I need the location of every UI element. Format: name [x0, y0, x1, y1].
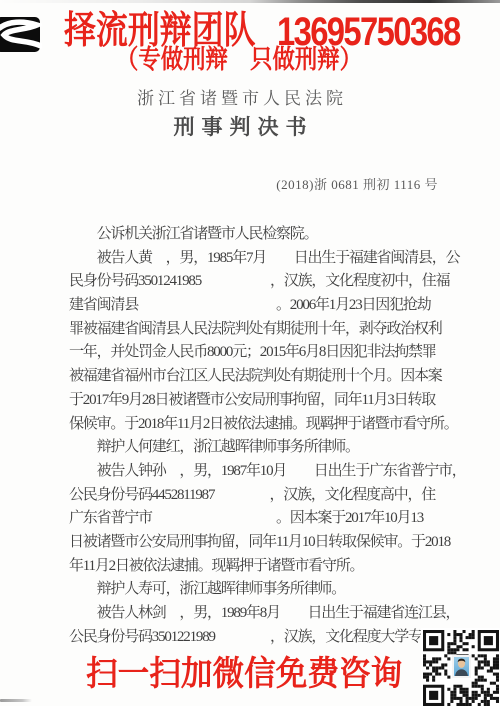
scanned-judgment-page: 择流刑辩团队 13695750368 （专做刑辩 只做刑辩） 浙江省诸暨市人民法… [0, 0, 500, 706]
judgment-line: 被告人黄 ，男，1985年7月 日出生于福建省闽清县，公 [69, 247, 449, 271]
judgment-line: 建省闽清县 。2006年1月23日因犯抢劫 [69, 294, 449, 318]
judgment-line: 罪被福建省闽清县人民法院判处有期徒刑十年，剥夺政治权利 [69, 318, 449, 342]
case-number: (2018)浙 0681 刑初 1116 号 [276, 174, 438, 193]
judgment-line: 广东省普宁市 。因本案于2017年10月13 [69, 507, 449, 531]
judgment-line: 辩护人何建红，浙江越晖律师事务所律师。 [69, 436, 449, 460]
team-tagline: （专做刑辩 只做刑辩） [116, 45, 362, 75]
judgment-line: 被福建省福州市台江区人民法院判处有期徒刑十个月。因本案 [69, 365, 449, 389]
judgment-line: 一年，并处罚金人民币8000元；2015年6月8日因犯非法拘禁罪 [69, 341, 449, 365]
judgment-line: 被告人林剑 ，男，1989年8月 日出生于福建省连江县， [69, 602, 449, 626]
person-avatar-icon [454, 657, 469, 676]
flow-z-logo-icon [0, 17, 42, 53]
scan-bottom-left-artifact [0, 699, 32, 702]
judgment-line: 于2017年9月28日被诸暨市公安局刑事拘留，同年11月3日转取 [69, 389, 449, 413]
judgment-line: 民身份号码3501241985 ，汉族，文化程度初中，住福 [69, 270, 449, 294]
flow-z-logo [0, 17, 42, 53]
wechat-qr-code [421, 628, 500, 706]
scan-top-edge-artifact [0, 0, 500, 3]
judgment-line: 辩护人寿可，浙江越晖律师事务所律师。 [69, 578, 449, 602]
person-avatar [452, 655, 471, 678]
judgment-line: 公诉机关浙江省诸暨市人民检察院。 [69, 223, 449, 247]
document-title: 刑事判决书 [0, 111, 480, 141]
judgment-body: 公诉机关浙江省诸暨市人民检察院。 被告人黄 ，男，1985年7月 日出生于福建省… [69, 223, 449, 649]
wechat-scan-prompt: 扫一扫加微信免费咨询 [86, 655, 402, 695]
judgment-line: 保候审。于2018年11月2日被依法逮捕。现羁押于诸暨市看守所。 [69, 413, 449, 437]
judgment-line: 日被诸暨市公安局刑事拘留，同年11月10日转取保候审。于2018 [69, 531, 449, 555]
judgment-line: 公民身份号码3501221989 ，汉族，文化程度大学专 [69, 626, 449, 650]
judgment-line: 被告人钟孙 ，男，1987年10月 日出生于广东省普宁市， [69, 460, 449, 484]
judgment-line: 年11月2日被依法逮捕。现羁押于诸暨市看守所。 [69, 555, 449, 579]
court-name: 浙江省诸暨市人民法院 [0, 84, 480, 109]
judgment-line: 公民身份号码4452811987 ，汉族，文化程度高中，住 [69, 484, 449, 508]
